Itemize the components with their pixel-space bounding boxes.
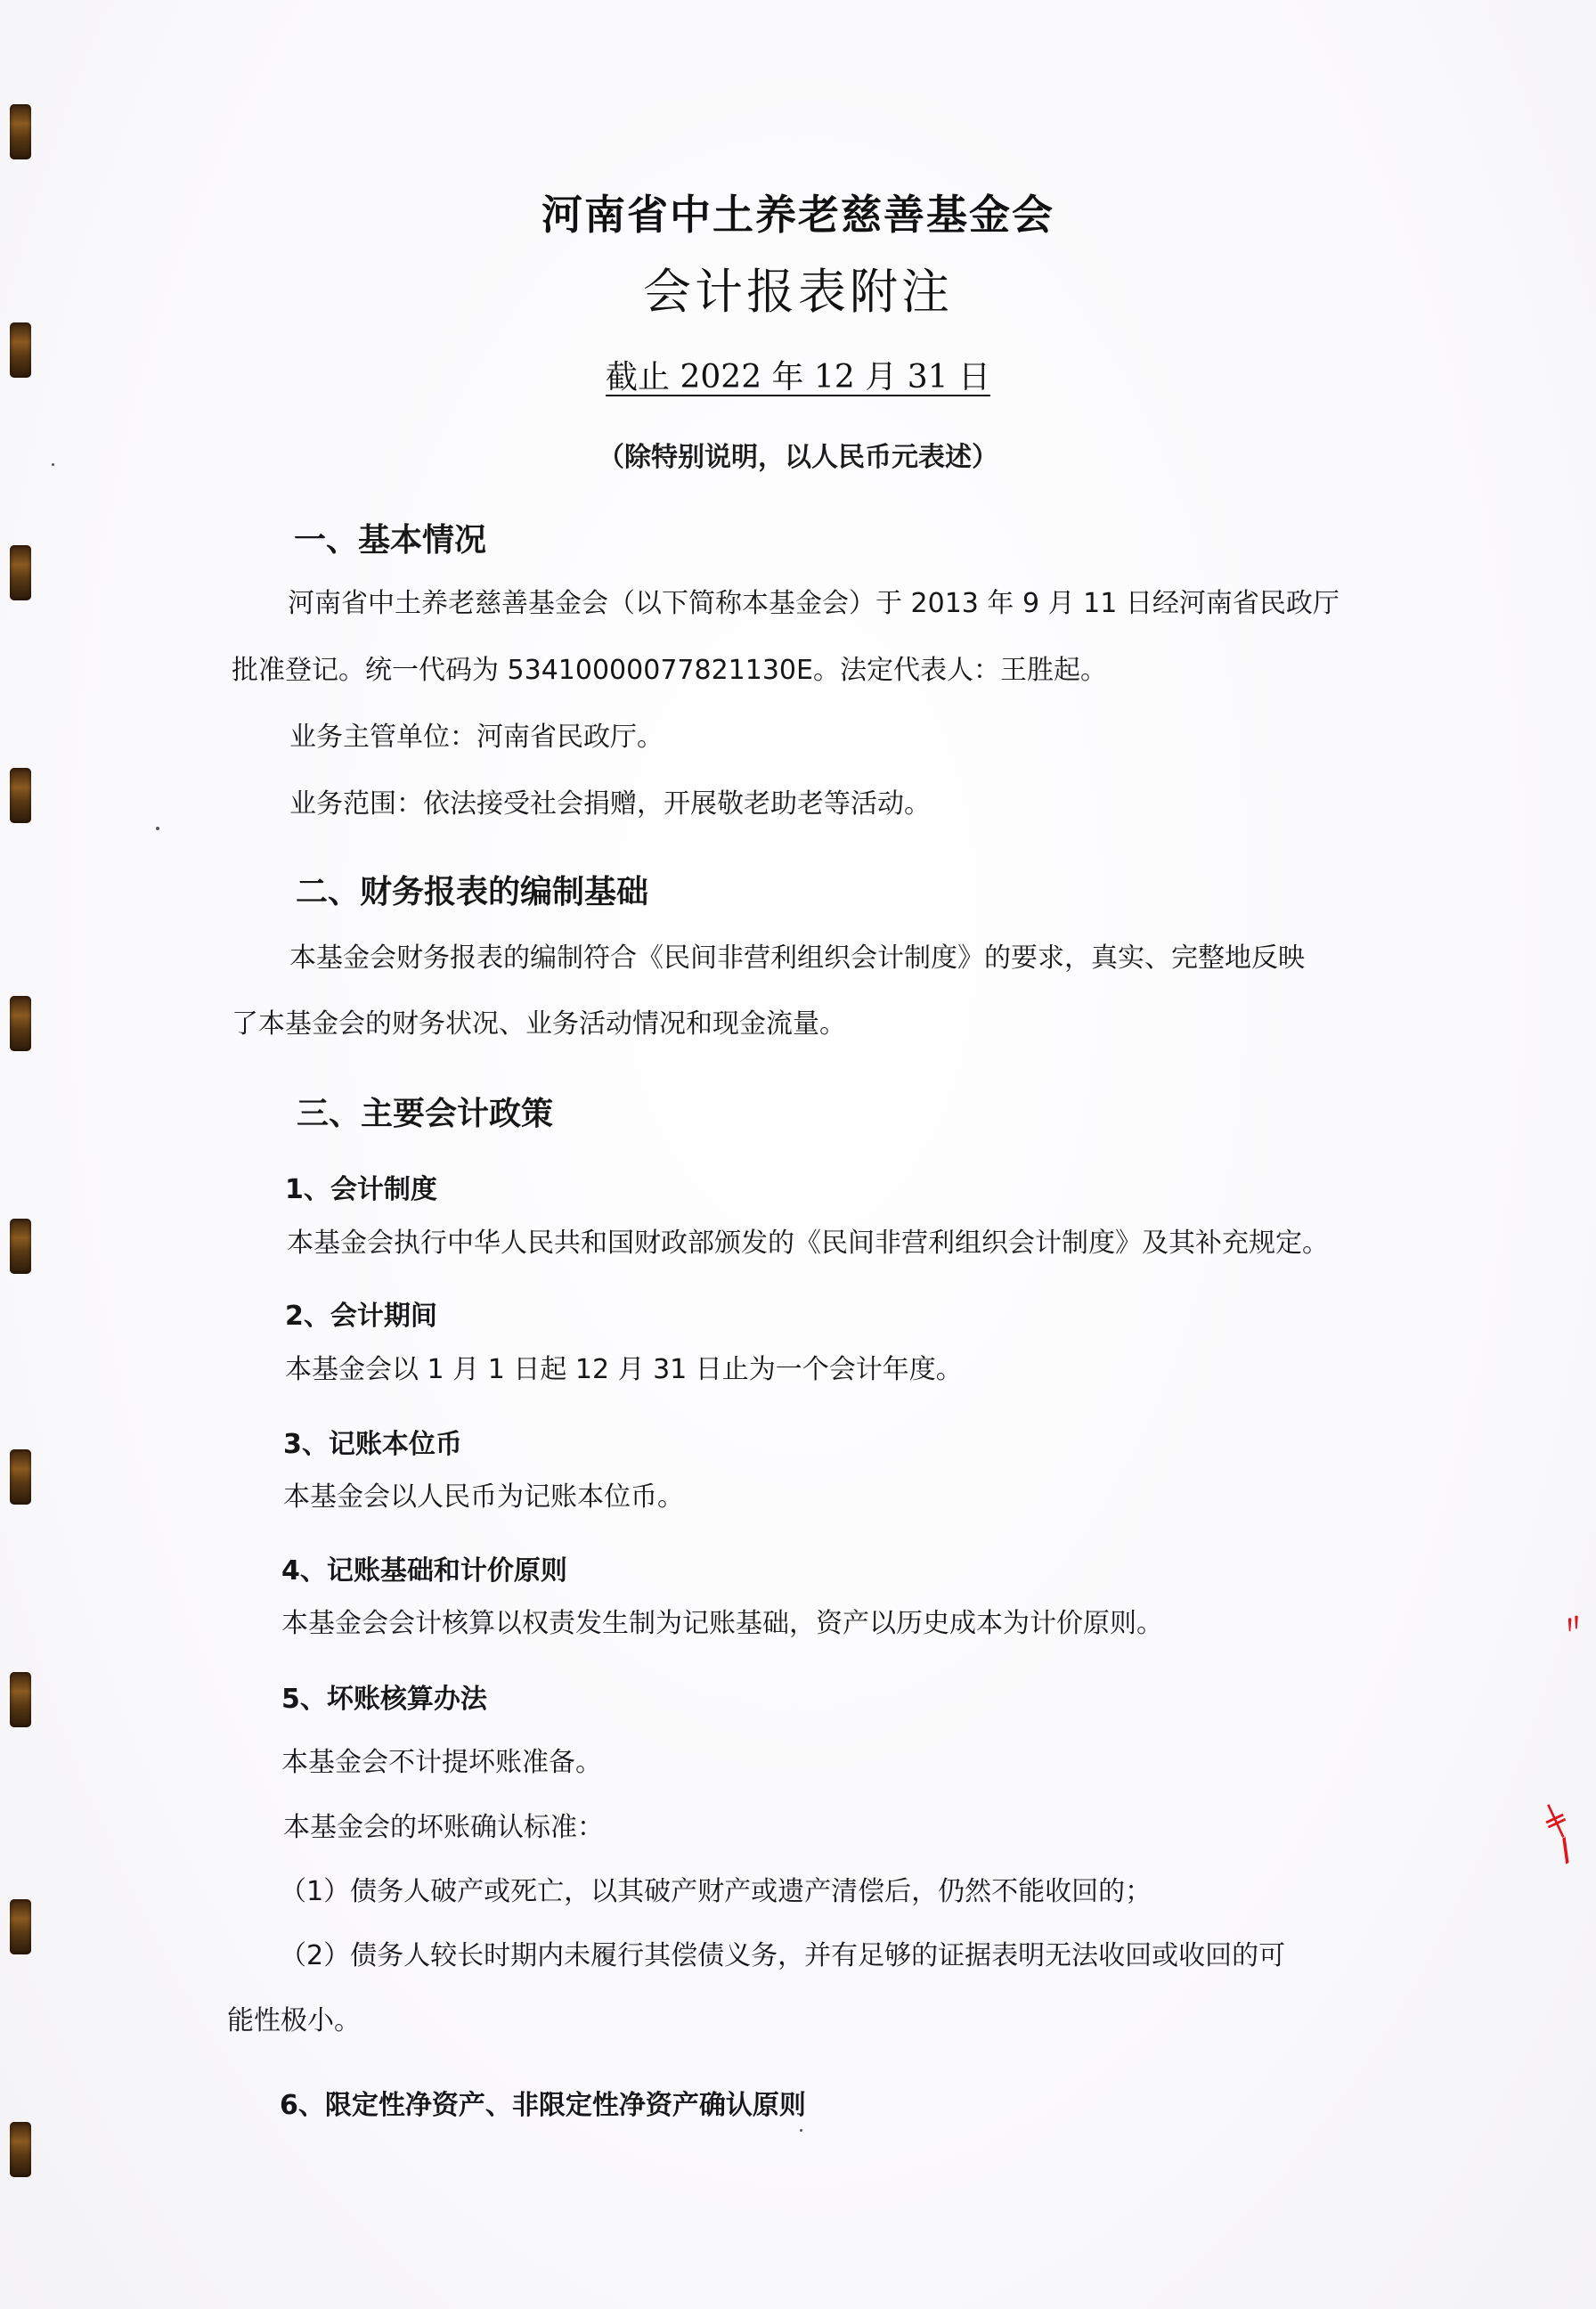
as-of-date: 截止 2022 年 12 月 31 日 [0,352,1596,397]
currency-note: （除特别说明，以人民币元表述） [0,435,1596,474]
binding-hole [10,2122,31,2177]
policy-title: 4、记账基础和计价原则 [281,1548,567,1587]
binding-hole [10,104,31,159]
policy-title: 6、限定性净资产、非限定性净资产确认原则 [280,2083,806,2122]
section-heading-policies: 三、主要会计政策 [297,1089,553,1134]
doc-title: 会计报表附注 [0,254,1596,322]
policy-body: 本基金会不计提坏账准备。 [281,1740,602,1779]
policy-body: 本基金会执行中华人民共和国财政部颁发的《民间非营利组织会计制度》及其补充规定。 [287,1220,1329,1260]
binding-hole [10,545,31,600]
criteria-item: （2）债务人较长时期内未履行其偿债义务，并有足够的证据表明无法收回或收回的可 [280,1933,1285,1972]
paragraph-scope: 业务范围：依法接受社会捐赠，开展敬老助老等活动。 [289,781,931,820]
org-title: 河南省中土养老慈善基金会 [0,183,1596,241]
criteria-item: 能性极小。 [227,1998,361,2037]
policy-title: 2、会计期间 [285,1293,437,1333]
criteria-intro: 本基金会的坏账确认标准： [283,1805,604,1844]
binding-hole [10,1672,31,1727]
section-heading-basic-info: 一、基本情况 [294,515,486,560]
policy-title: 5、坏账核算办法 [281,1677,487,1716]
section-heading-basis: 二、财务报表的编制基础 [296,867,648,912]
paragraph-line: 了本基金会的财务状况、业务活动情况和现金流量。 [232,1001,846,1040]
paragraph-line: 本基金会财务报表的编制符合《民间非营利组织会计制度》的要求，真实、完整地反映 [289,935,1305,975]
binding-hole [10,1449,31,1505]
seal-stamp-fragment: 〃 [1555,1598,1596,1644]
paper-speck [800,2129,802,2132]
policy-body: 本基金会以 1 月 1 日起 12 月 31 日止为一个会计年度。 [285,1347,963,1386]
policy-body: 本基金会以人民币为记账本位币。 [283,1474,684,1513]
seal-stamp-fragment: ╪/ [1542,1797,1596,1901]
document-page: 河南省中土养老慈善基金会 会计报表附注 截止 2022 年 12 月 31 日 … [0,0,1596,2309]
paragraph-line: 批准登记。统一代码为 53410000077821130E。法定代表人：王胜起。 [232,648,1107,687]
binding-hole [10,996,31,1051]
policy-title: 3、记账本位币 [283,1422,462,1461]
paper-speck [156,827,159,830]
paragraph-supervisor: 业务主管单位：河南省民政厅。 [289,714,664,754]
binding-hole [10,1219,31,1274]
policy-title: 1、会计制度 [285,1167,437,1206]
binding-hole [10,1899,31,1954]
criteria-item: （1）债务人破产或死亡，以其破产财产或遗产清偿后，仍然不能收回的； [280,1869,1152,1908]
policy-body: 本基金会会计核算以权责发生制为记账基础，资产以历史成本为计价原则。 [281,1601,1163,1640]
as-of-date-text: 截止 2022 年 12 月 31 日 [606,359,990,396]
paragraph-line: 河南省中土养老慈善基金会（以下简称本基金会）于 2013 年 9 月 11 日经… [288,581,1339,620]
binding-hole [10,768,31,823]
